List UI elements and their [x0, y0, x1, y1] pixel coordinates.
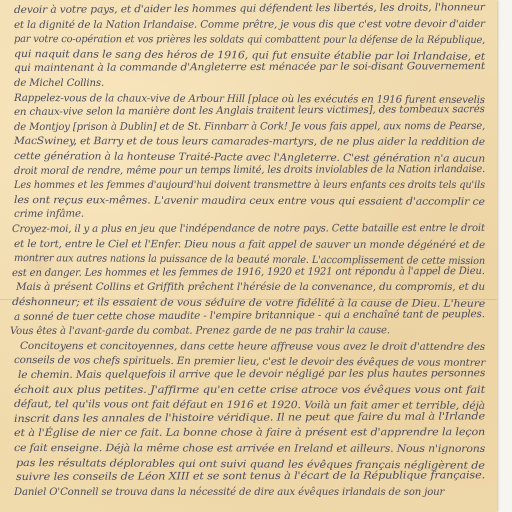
letter-line: de Montjoy [prison à Dublin] et de St. F…	[14, 121, 485, 133]
letter-line: a sonné de tuer cette chose maudite - l'…	[14, 309, 485, 323]
letter-line: crime infâme.	[14, 209, 84, 220]
letter-line: défaut, tel qu'ils vous ont fait défaut …	[14, 399, 485, 412]
letter-line: droit moral de rendre, même pour un temp…	[14, 164, 485, 177]
letter-page: devoir à votre pays, et d'aider les homm…	[0, 0, 497, 512]
letter-line: Croyez-moi, il y a plus en jeu que l'ind…	[12, 223, 485, 235]
letter-line: MacSwiney, et Barry et de tous leurs cam…	[14, 136, 485, 148]
letter-line: ce fait enseigne. Déjà la même chose est…	[14, 443, 485, 455]
letter-line: le chemin. Mais quelquefois il arrive qu…	[18, 368, 485, 381]
letter-line: suivre les conseils de Léon XIII et se s…	[16, 470, 485, 483]
letter-line: Les hommes et les femmes d'aujourd'hui d…	[14, 180, 485, 191]
letter-line: est en danger. Les hommes et les femmes …	[12, 266, 485, 279]
letter-line: déshonneur; et ils essaient de vous sédu…	[12, 297, 485, 310]
letter-line: pas les résultats déplorables qui ont su…	[16, 458, 485, 472]
letter-line: par votre co-opération et vos prières le…	[14, 34, 485, 46]
letter-line: cette génération à la honteuse Traité-Pa…	[14, 151, 485, 165]
letter-line: de Michel Collins.	[14, 78, 104, 89]
letter-line: qui maintenant à la commande d'Angleterr…	[14, 62, 485, 75]
letter-line: échoit aux plus petites. J'affirme qu'en…	[14, 385, 485, 396]
letter-line: Concitoyens et concitoyennes, dans cette…	[20, 341, 485, 353]
letter-line: en chaux-vive selon la manière dont les …	[14, 104, 485, 118]
letter-line: et le tort, entre le Ciel et l'Enfer. Di…	[14, 239, 485, 251]
letter-line: inscrit dans les annales de l'histoire v…	[14, 411, 485, 425]
letter-line: Daniel O'Connell se trouva dans la néces…	[14, 487, 444, 498]
letter-line: devoir à votre pays, et d'aider les homm…	[14, 2, 485, 16]
letter-line: et à l'Église de nier ce fait. La bonne …	[14, 427, 485, 439]
letter-line: et la dignité de la Nation Irlandaise. C…	[14, 19, 485, 31]
letter-line: les ont reçus eux-mêmes. L'avenir maudir…	[14, 195, 485, 208]
letter-line: Vous êtes à l'avant-garde du combat. Pre…	[10, 325, 390, 337]
letter-line: montrer aux autres nations la puissance …	[14, 253, 485, 267]
letter-line: Mais à présent Collins et Griffith prêch…	[16, 282, 485, 293]
letter-line: conseils de vos chefs spirituels. En pre…	[14, 355, 485, 369]
